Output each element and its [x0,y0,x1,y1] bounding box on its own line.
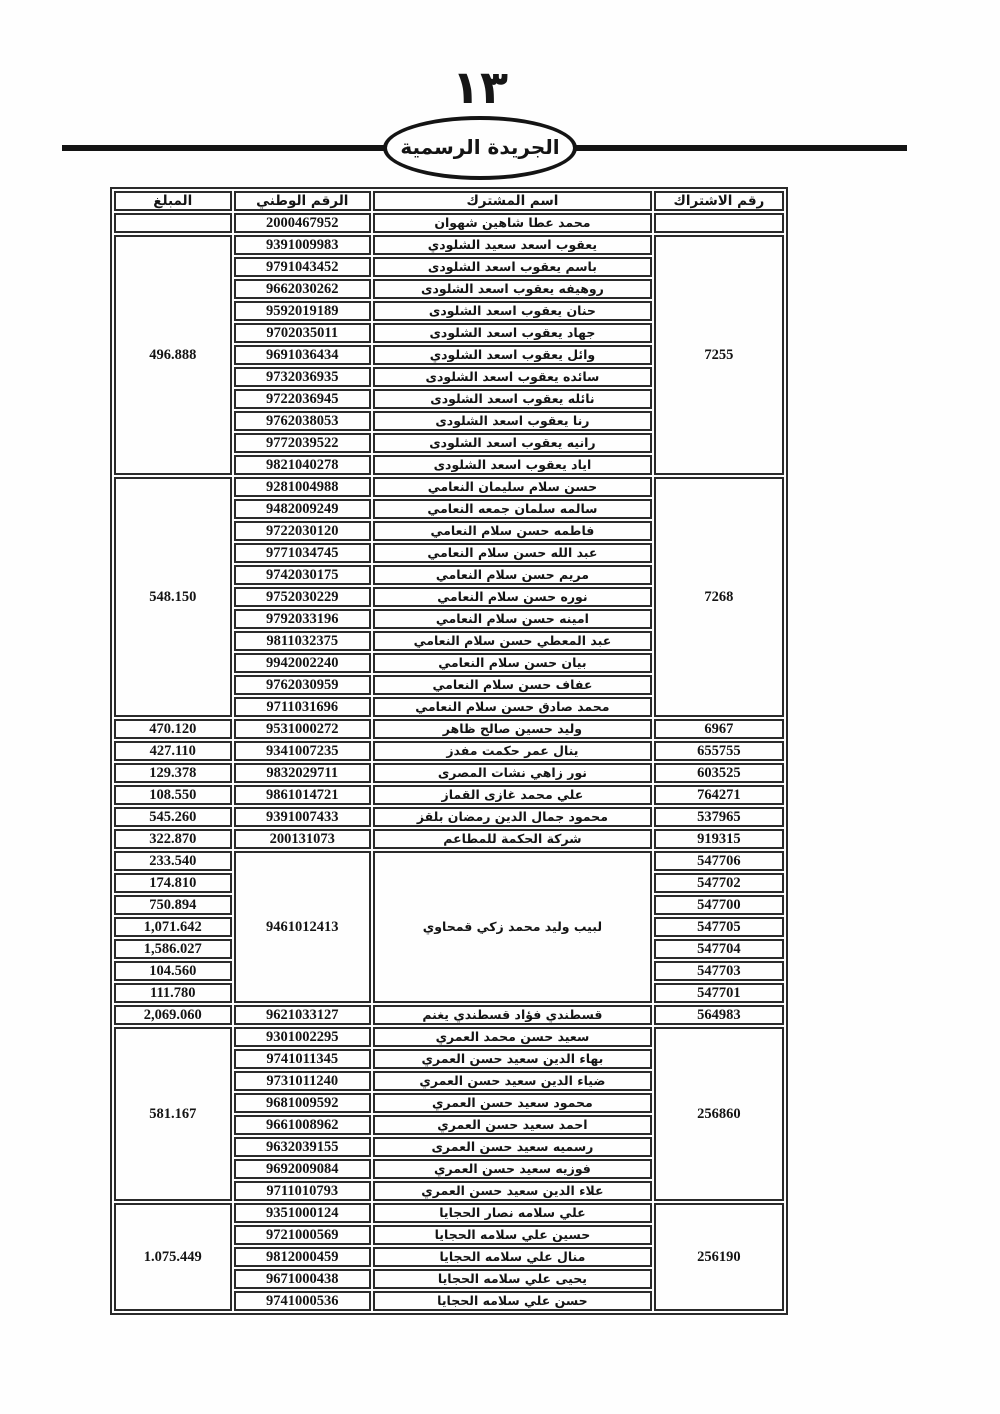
subscriber-name-cell: رسميه سعيد حسن العمرى [373,1137,652,1157]
table-row: 7268حسن سلام سليمان النعامي9281004988548… [114,477,784,497]
amount-cell: 2,069.060 [114,1005,232,1025]
national-number-cell: 9341007235 [234,741,371,761]
subscriber-name-cell: بيان حسن سلام النعامي [373,653,652,673]
national-number-cell: 9691036434 [234,345,371,365]
subscribers-table: رقم الاشتراك اسم المشترك الرقم الوطني ال… [112,189,786,1313]
national-number-cell: 9772039522 [234,433,371,453]
subscriber-name-cell: سالمه سلمان جمعه النعامي [373,499,652,519]
amount-cell: 427.110 [114,741,232,761]
subscriber-name-cell: محمد عطا شاهين شهوان [373,213,652,233]
subscriber-name-cell: يعقوب اسعد سعيد الشلودي [373,235,652,255]
subscriber-name-cell: رنا يعقوب اسعد الشلودى [373,411,652,431]
gazette-title: الجريدة الرسمية [400,135,559,162]
national-number-cell: 9711010793 [234,1181,371,1201]
national-number-cell: 9791043452 [234,257,371,277]
subscriber-name-cell: يحيى علي سلامه الحجايا [373,1269,652,1289]
national-number-cell: 9861014721 [234,785,371,805]
subscriber-name-cell: محمود سعيد حسن العمري [373,1093,652,1113]
national-number-cell: 9762030959 [234,675,371,695]
national-number-cell: 9702035011 [234,323,371,343]
subscriber-name-cell: بهاء الدين سعيد حسن العمري [373,1049,652,1069]
table-row: 547706لبيب وليد محمد زكي قمحاوي946101241… [114,851,784,871]
subscriber-name-cell: امينه حسن سلام النعامي [373,609,652,629]
subscriber-name-cell: فوزيه سعيد حسن العمري [373,1159,652,1179]
national-number-cell: 2000467952 [234,213,371,233]
subscription-number-cell: 547705 [654,917,784,937]
gazette-title-oval: الجريدة الرسمية [383,116,577,180]
national-number-cell: 9301002295 [234,1027,371,1047]
table-row: 919315شركة الحكمة للمطاعم200131073322.87… [114,829,784,849]
national-number-cell: 9482009249 [234,499,371,519]
subscription-number-cell: 547706 [654,851,784,871]
amount-cell [114,213,232,233]
table-row: 6967وليد حسين صالح ظاهر9531000272470.120 [114,719,784,739]
subscriber-name-cell: محمود جمال الدين رمضان بلقز [373,807,652,827]
national-number-cell: 9671000438 [234,1269,371,1289]
amount-cell: 174.810 [114,873,232,893]
table-row: محمد عطا شاهين شهوان2000467952 [114,213,784,233]
national-number-cell: 9661008962 [234,1115,371,1135]
table-row: 256190علي سلامه نصار الحجايا93510001241.… [114,1203,784,1223]
national-number-cell: 9681009592 [234,1093,371,1113]
national-number-cell: 9811032375 [234,631,371,651]
subscriber-name-cell: عبد المعطي حسن سلام النعامي [373,631,652,651]
amount-cell: 322.870 [114,829,232,849]
national-number-cell: 9721000569 [234,1225,371,1245]
national-number-cell: 9621033127 [234,1005,371,1025]
col-header-amount: المبلغ [114,191,232,211]
subscription-number-cell: 655755 [654,741,784,761]
amount-cell: 233.540 [114,851,232,871]
subscription-number-cell: 6967 [654,719,784,739]
national-number-cell: 9732036935 [234,367,371,387]
subscriber-name-cell: سعيد حسن محمد العمري [373,1027,652,1047]
amount-cell: 496.888 [114,235,232,475]
national-number-cell: 9942002240 [234,653,371,673]
subscribers-table-wrap: رقم الاشتراك اسم المشترك الرقم الوطني ال… [110,187,788,1315]
amount-cell: 1,071.642 [114,917,232,937]
amount-cell: 108.550 [114,785,232,805]
amount-cell: 104.560 [114,961,232,981]
subscriber-name-cell: شركة الحكمة للمطاعم [373,829,652,849]
amount-cell: 545.260 [114,807,232,827]
subscription-number-cell: 603525 [654,763,784,783]
subscriber-name-cell: حسن علي سلامه الحجايا [373,1291,652,1311]
subscriber-name-cell: نور زاهي نشات المصرى [373,763,652,783]
national-number-cell: 9771034745 [234,543,371,563]
subscriber-name-cell: منال علي سلامه الحجايا [373,1247,652,1267]
table-row: 764271علي محمد غازى القماز9861014721108.… [114,785,784,805]
subscriber-name-cell: حسن سلام سليمان النعامي [373,477,652,497]
subscriber-name-cell: نائله يعقوب اسعد الشلودى [373,389,652,409]
subscription-number-cell: 919315 [654,829,784,849]
subscriber-name-cell: حسين علي سلامه الحجايا [373,1225,652,1245]
national-number-cell: 9821040278 [234,455,371,475]
subscription-number-cell: 547703 [654,961,784,981]
national-number-cell: 9461012413 [234,851,371,1003]
col-header-national-number: الرقم الوطني [234,191,371,211]
amount-cell: 1,586.027 [114,939,232,959]
subscriber-name-cell: سائده يعقوب اسعد الشلودى [373,367,652,387]
table-row: 256860سعيد حسن محمد العمري9301002295581.… [114,1027,784,1047]
national-number-cell: 200131073 [234,829,371,849]
amount-cell: 750.894 [114,895,232,915]
national-number-cell: 9762038053 [234,411,371,431]
subscription-number-cell: 537965 [654,807,784,827]
gazette-page: ١٣ الجريدة الرسمية رقم الاشتراك اسم المش… [0,0,1000,1414]
subscriber-name-cell: باسم يعقوب اسعد الشلودى [373,257,652,277]
table-row: 537965محمود جمال الدين رمضان بلقز9391007… [114,807,784,827]
subscription-number-cell: 564983 [654,1005,784,1025]
table-row: 603525نور زاهي نشات المصرى9832029711129.… [114,763,784,783]
subscriber-name-cell: علي سلامه نصار الحجايا [373,1203,652,1223]
national-number-cell: 9632039155 [234,1137,371,1157]
table-row: 7255يعقوب اسعد سعيد الشلودي9391009983496… [114,235,784,255]
subscription-number-cell: 547701 [654,983,784,1003]
subscriber-name-cell: ضياء الدين سعيد حسن العمري [373,1071,652,1091]
subscriber-name-cell: احمد سعيد حسن العمري [373,1115,652,1135]
subscription-number-cell: 547702 [654,873,784,893]
national-number-cell: 9832029711 [234,763,371,783]
amount-cell: 548.150 [114,477,232,717]
national-number-cell: 9742030175 [234,565,371,585]
subscriber-name-cell: وائل يعقوب اسعد الشلودي [373,345,652,365]
subscription-number-cell: 764271 [654,785,784,805]
national-number-cell: 9741000536 [234,1291,371,1311]
subscriber-name-cell: جهاد يعقوب اسعد الشلودى [373,323,652,343]
amount-cell: 581.167 [114,1027,232,1201]
national-number-cell: 9711031696 [234,697,371,717]
national-number-cell: 9531000272 [234,719,371,739]
national-number-cell: 9662030262 [234,279,371,299]
national-number-cell: 9722030120 [234,521,371,541]
subscriber-name-cell: فاطمه حسن سلام النعامي [373,521,652,541]
national-number-cell: 9592019189 [234,301,371,321]
subscriber-name-cell: محمد صادق حسن سلام النعامي [373,697,652,717]
subscription-number-cell: 547700 [654,895,784,915]
col-header-subscription-number: رقم الاشتراك [654,191,784,211]
subscription-number-cell: 256860 [654,1027,784,1201]
national-number-cell: 9741011345 [234,1049,371,1069]
subscriber-name-cell: رانيه يعقوب اسعد الشلودى [373,433,652,453]
subscriber-name-cell: عفاف حسن سلام النعامي [373,675,652,695]
subscription-number-cell [654,213,784,233]
subscription-number-cell: 7268 [654,477,784,717]
subscriber-name-cell: عبد الله حسن سلام النعامي [373,543,652,563]
national-number-cell: 9722036945 [234,389,371,409]
subscriber-name-cell: روهيفه يعقوب اسعد الشلودى [373,279,652,299]
table-row: 655755ينال عمر حكمت مفدز9341007235427.11… [114,741,784,761]
page-number: ١٣ [0,60,960,114]
subscriber-name-cell: لبيب وليد محمد زكي قمحاوي [373,851,652,1003]
amount-cell: 1.075.449 [114,1203,232,1311]
national-number-cell: 9391009983 [234,235,371,255]
national-number-cell: 9731011240 [234,1071,371,1091]
amount-cell: 111.780 [114,983,232,1003]
subscriber-name-cell: مريم حسن سلام النعامي [373,565,652,585]
table-header-row: رقم الاشتراك اسم المشترك الرقم الوطني ال… [114,191,784,211]
subscriber-name-cell: نوره حسن سلام النعامي [373,587,652,607]
national-number-cell: 9752030229 [234,587,371,607]
national-number-cell: 9792033196 [234,609,371,629]
subscriber-name-cell: وليد حسين صالح ظاهر [373,719,652,739]
national-number-cell: 9391007433 [234,807,371,827]
subscription-number-cell: 547704 [654,939,784,959]
subscriber-name-cell: علاء الدين سعيد حسن العمري [373,1181,652,1201]
col-header-subscriber-name: اسم المشترك [373,191,652,211]
subscriber-name-cell: قسطندي فؤاد قسطندي يغنم [373,1005,652,1025]
amount-cell: 129.378 [114,763,232,783]
subscription-number-cell: 7255 [654,235,784,475]
subscriber-name-cell: حنان يعقوب اسعد الشلودى [373,301,652,321]
amount-cell: 470.120 [114,719,232,739]
subscription-number-cell: 256190 [654,1203,784,1311]
national-number-cell: 9281004988 [234,477,371,497]
national-number-cell: 9812000459 [234,1247,371,1267]
subscriber-name-cell: علي محمد غازى القماز [373,785,652,805]
subscriber-name-cell: ينال عمر حكمت مفدز [373,741,652,761]
national-number-cell: 9692009084 [234,1159,371,1179]
subscriber-name-cell: اياد يعقوب اسعد الشلودى [373,455,652,475]
national-number-cell: 9351000124 [234,1203,371,1223]
table-row: 564983قسطندي فؤاد قسطندي يغنم96210331272… [114,1005,784,1025]
